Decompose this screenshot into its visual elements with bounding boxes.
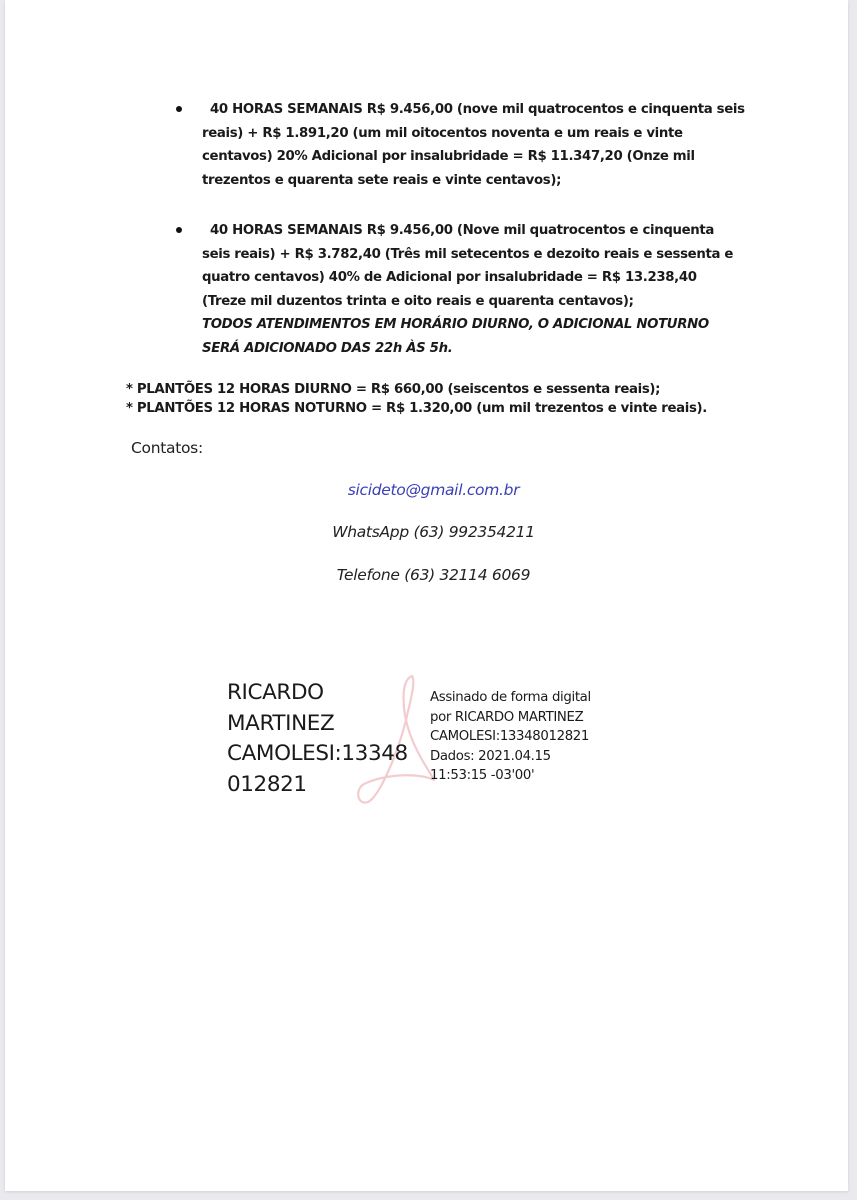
bullet-icon bbox=[176, 106, 182, 112]
salary-item-text: 40 HORAS SEMANAIS R$ 9.456,00 (Nove mil … bbox=[202, 219, 742, 360]
signature-detail-line: Assinado de forma digital bbox=[430, 688, 591, 708]
signer-name: RICARDO MARTINEZ CAMOLESI:13348 012821 bbox=[227, 678, 408, 800]
plantao-diurno: * PLANTÕES 12 HORAS DIURNO = R$ 660,00 (… bbox=[126, 380, 660, 399]
document-page: 40 HORAS SEMANAIS R$ 9.456,00 (nove mil … bbox=[5, 0, 848, 1191]
signer-name-line: MARTINEZ bbox=[227, 709, 408, 740]
bullet-icon bbox=[176, 227, 182, 233]
night-shift-note: TODOS ATENDIMENTOS EM HORÁRIO DIURNO, O … bbox=[202, 313, 742, 337]
salary-line: centavos) 20% Adicional por insalubridad… bbox=[202, 145, 742, 169]
night-shift-note: SERÁ ADICIONADO DAS 22h ÀS 5h. bbox=[202, 337, 742, 361]
salary-item-text: 40 HORAS SEMANAIS R$ 9.456,00 (nove mil … bbox=[202, 98, 742, 192]
salary-line: 40 HORAS SEMANAIS R$ 9.456,00 (nove mil … bbox=[202, 98, 742, 122]
plantao-noturno: * PLANTÕES 12 HORAS NOTURNO = R$ 1.320,0… bbox=[126, 399, 707, 418]
salary-line: 40 HORAS SEMANAIS R$ 9.456,00 (Nove mil … bbox=[202, 219, 742, 243]
signature-details: Assinado de forma digital por RICARDO MA… bbox=[430, 688, 591, 786]
signer-name-line: RICARDO bbox=[227, 678, 408, 709]
signer-name-line: 012821 bbox=[227, 770, 408, 801]
email-link[interactable]: sicideto@gmail.com.br bbox=[5, 481, 857, 499]
signature-detail-line: CAMOLESI:13348012821 bbox=[430, 727, 591, 747]
salary-line: seis reais) + R$ 3.782,40 (Três mil sete… bbox=[202, 243, 742, 267]
signature-detail-line: Dados: 2021.04.15 bbox=[430, 747, 591, 767]
signature-detail-line: por RICARDO MARTINEZ bbox=[430, 708, 591, 728]
telefone-number: Telefone (63) 32114 6069 bbox=[5, 566, 857, 584]
whatsapp-number: WhatsApp (63) 992354211 bbox=[5, 523, 857, 541]
contacts-label: Contatos: bbox=[131, 439, 203, 457]
salary-line: (Treze mil duzentos trinta e oito reais … bbox=[202, 290, 742, 314]
salary-line: quatro centavos) 40% de Adicional por in… bbox=[202, 266, 742, 290]
salary-line: trezentos e quarenta sete reais e vinte … bbox=[202, 169, 742, 193]
signer-name-line: CAMOLESI:13348 bbox=[227, 739, 408, 770]
salary-line: reais) + R$ 1.891,20 (um mil oitocentos … bbox=[202, 122, 742, 146]
signature-detail-line: 11:53:15 -03'00' bbox=[430, 766, 591, 786]
